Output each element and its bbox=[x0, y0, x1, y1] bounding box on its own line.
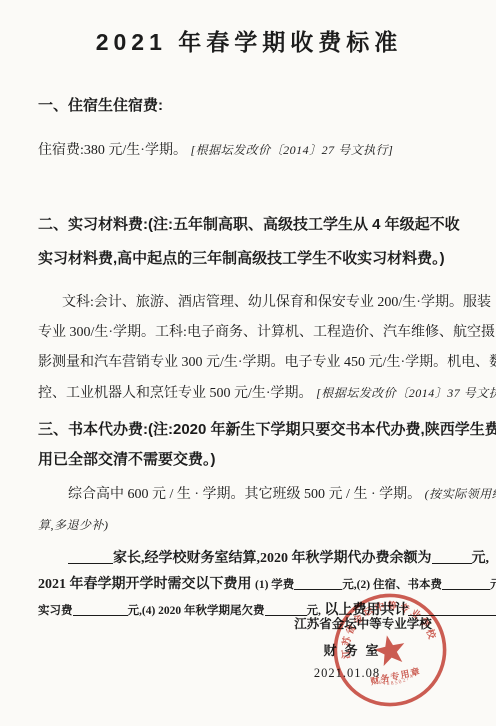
section3-para-text: 综合高中 600 元 / 生 · 学期。其它班级 500 元 / 生 · 学期。 bbox=[68, 487, 421, 502]
section2-heading-line2: 实习材料费,高中起点的三年制高级技工学生不收实习材料费。) bbox=[38, 242, 460, 276]
section3-note-part2: 算,多退少补) bbox=[38, 510, 460, 540]
section3-heading: 三、书本代办费:(注:2020 年新生下学期只要交书本代办费,陕西学生费 用已全… bbox=[38, 415, 460, 475]
arrears-label: 元,(4) 2020 年秋学期尾欠费 bbox=[128, 605, 265, 617]
section2-heading: 二、实习材料费:(注:五年制高职、高级技工学生从 4 年级起不收 实习材料费,高… bbox=[38, 208, 460, 276]
page-title: 2021 年春学期收费标准 bbox=[38, 24, 460, 57]
tuition-label: (1) 学费 bbox=[255, 579, 294, 591]
section3-heading-line2: 用已全部交清不需要交费。) bbox=[38, 445, 460, 475]
section2-paragraph: 文科:会计、旅游、酒店管理、幼儿保育和保安专业 200/生·学期。服装 专业 3… bbox=[38, 288, 460, 409]
fill-in-line1: 家长,经学校财务室结算,2020 年秋学期代办费余额为元, bbox=[38, 546, 460, 572]
section2-heading-line1: 二、实习材料费:(注:五年制高职、高级技工学生从 4 年级起不收 bbox=[38, 208, 460, 242]
fill-line1-text: 家长,经学校财务室结算,2020 年秋学期代办费余额为 bbox=[113, 551, 432, 566]
section1-text: 住宿费:380 元/生·学期。 bbox=[38, 143, 187, 158]
section2-para-line2: 专业 300/生·学期。工科:电子商务、计算机、工程造价、汽车维修、航空摄 bbox=[38, 318, 460, 348]
document-content: 2021 年春学期收费标准 一、住宿生住宿费: 住宿费:380 元/生·学期。 … bbox=[0, 0, 496, 624]
section2-para-line3: 影测量和汽车营销专业 300 元/生·学期。电子专业 450 元/生·学期。机电… bbox=[38, 348, 460, 378]
section3-para-line1: 综合高中 600 元 / 生 · 学期。其它班级 500 元 / 生 · 学期。… bbox=[38, 479, 460, 510]
balance-amount-blank bbox=[432, 563, 472, 564]
tuition-amount-blank bbox=[294, 589, 342, 590]
section1-body-line: 住宿费:380 元/生·学期。 [根据坛发改价〔2014〕27 号文执行] bbox=[38, 135, 460, 166]
fill-line2-text: 2021 年春学期开学时需交以下费用 bbox=[38, 577, 252, 592]
parent-name-blank bbox=[68, 563, 113, 564]
section3-heading-line1: 三、书本代办费:(注:2020 年新生下学期只要交书本代办费,陕西学生费 bbox=[38, 415, 460, 445]
section2-para-line4-text: 控、工业机器人和烹饪专业 500 元/生·学期。 bbox=[38, 386, 313, 401]
section2-reference-note: [根据坛发改价〔2014〕37 号文执行] bbox=[316, 386, 496, 400]
practice-fee-label: 实习费 bbox=[38, 605, 73, 617]
section1-heading: 一、住宿生住宿费: bbox=[38, 89, 460, 123]
section2-para-line4: 控、工业机器人和烹饪专业 500 元/生·学期。 [根据坛发改价〔2014〕37… bbox=[38, 378, 460, 409]
lodging-book-amount-blank bbox=[442, 589, 490, 590]
section2-para-line1: 文科:会计、旅游、酒店管理、幼儿保育和保安专业 200/生·学期。服装 bbox=[38, 288, 460, 318]
section3-note-part1: (按实际领用结 bbox=[425, 487, 496, 501]
fill-line1-yuan: 元, bbox=[472, 551, 490, 566]
scanned-document-page: 2021 年春学期收费标准 一、住宿生住宿费: 住宿费:380 元/生·学期。 … bbox=[0, 0, 496, 726]
item3-label: 元,(3) bbox=[490, 579, 496, 591]
finance-seal-stamp: 江苏省金坛中等专业学校 财务专用章 3204885027443 bbox=[319, 579, 461, 721]
section3-paragraph: 综合高中 600 元 / 生 · 学期。其它班级 500 元 / 生 · 学期。… bbox=[38, 479, 460, 540]
seal-graphic: 江苏省金坛中等专业学校 财务专用章 3204885027443 bbox=[319, 579, 461, 721]
seal-star-icon bbox=[372, 632, 408, 667]
practice-fee-amount-blank bbox=[73, 615, 128, 616]
section1-reference-note: [根据坛发改价〔2014〕27 号文执行] bbox=[190, 143, 393, 157]
